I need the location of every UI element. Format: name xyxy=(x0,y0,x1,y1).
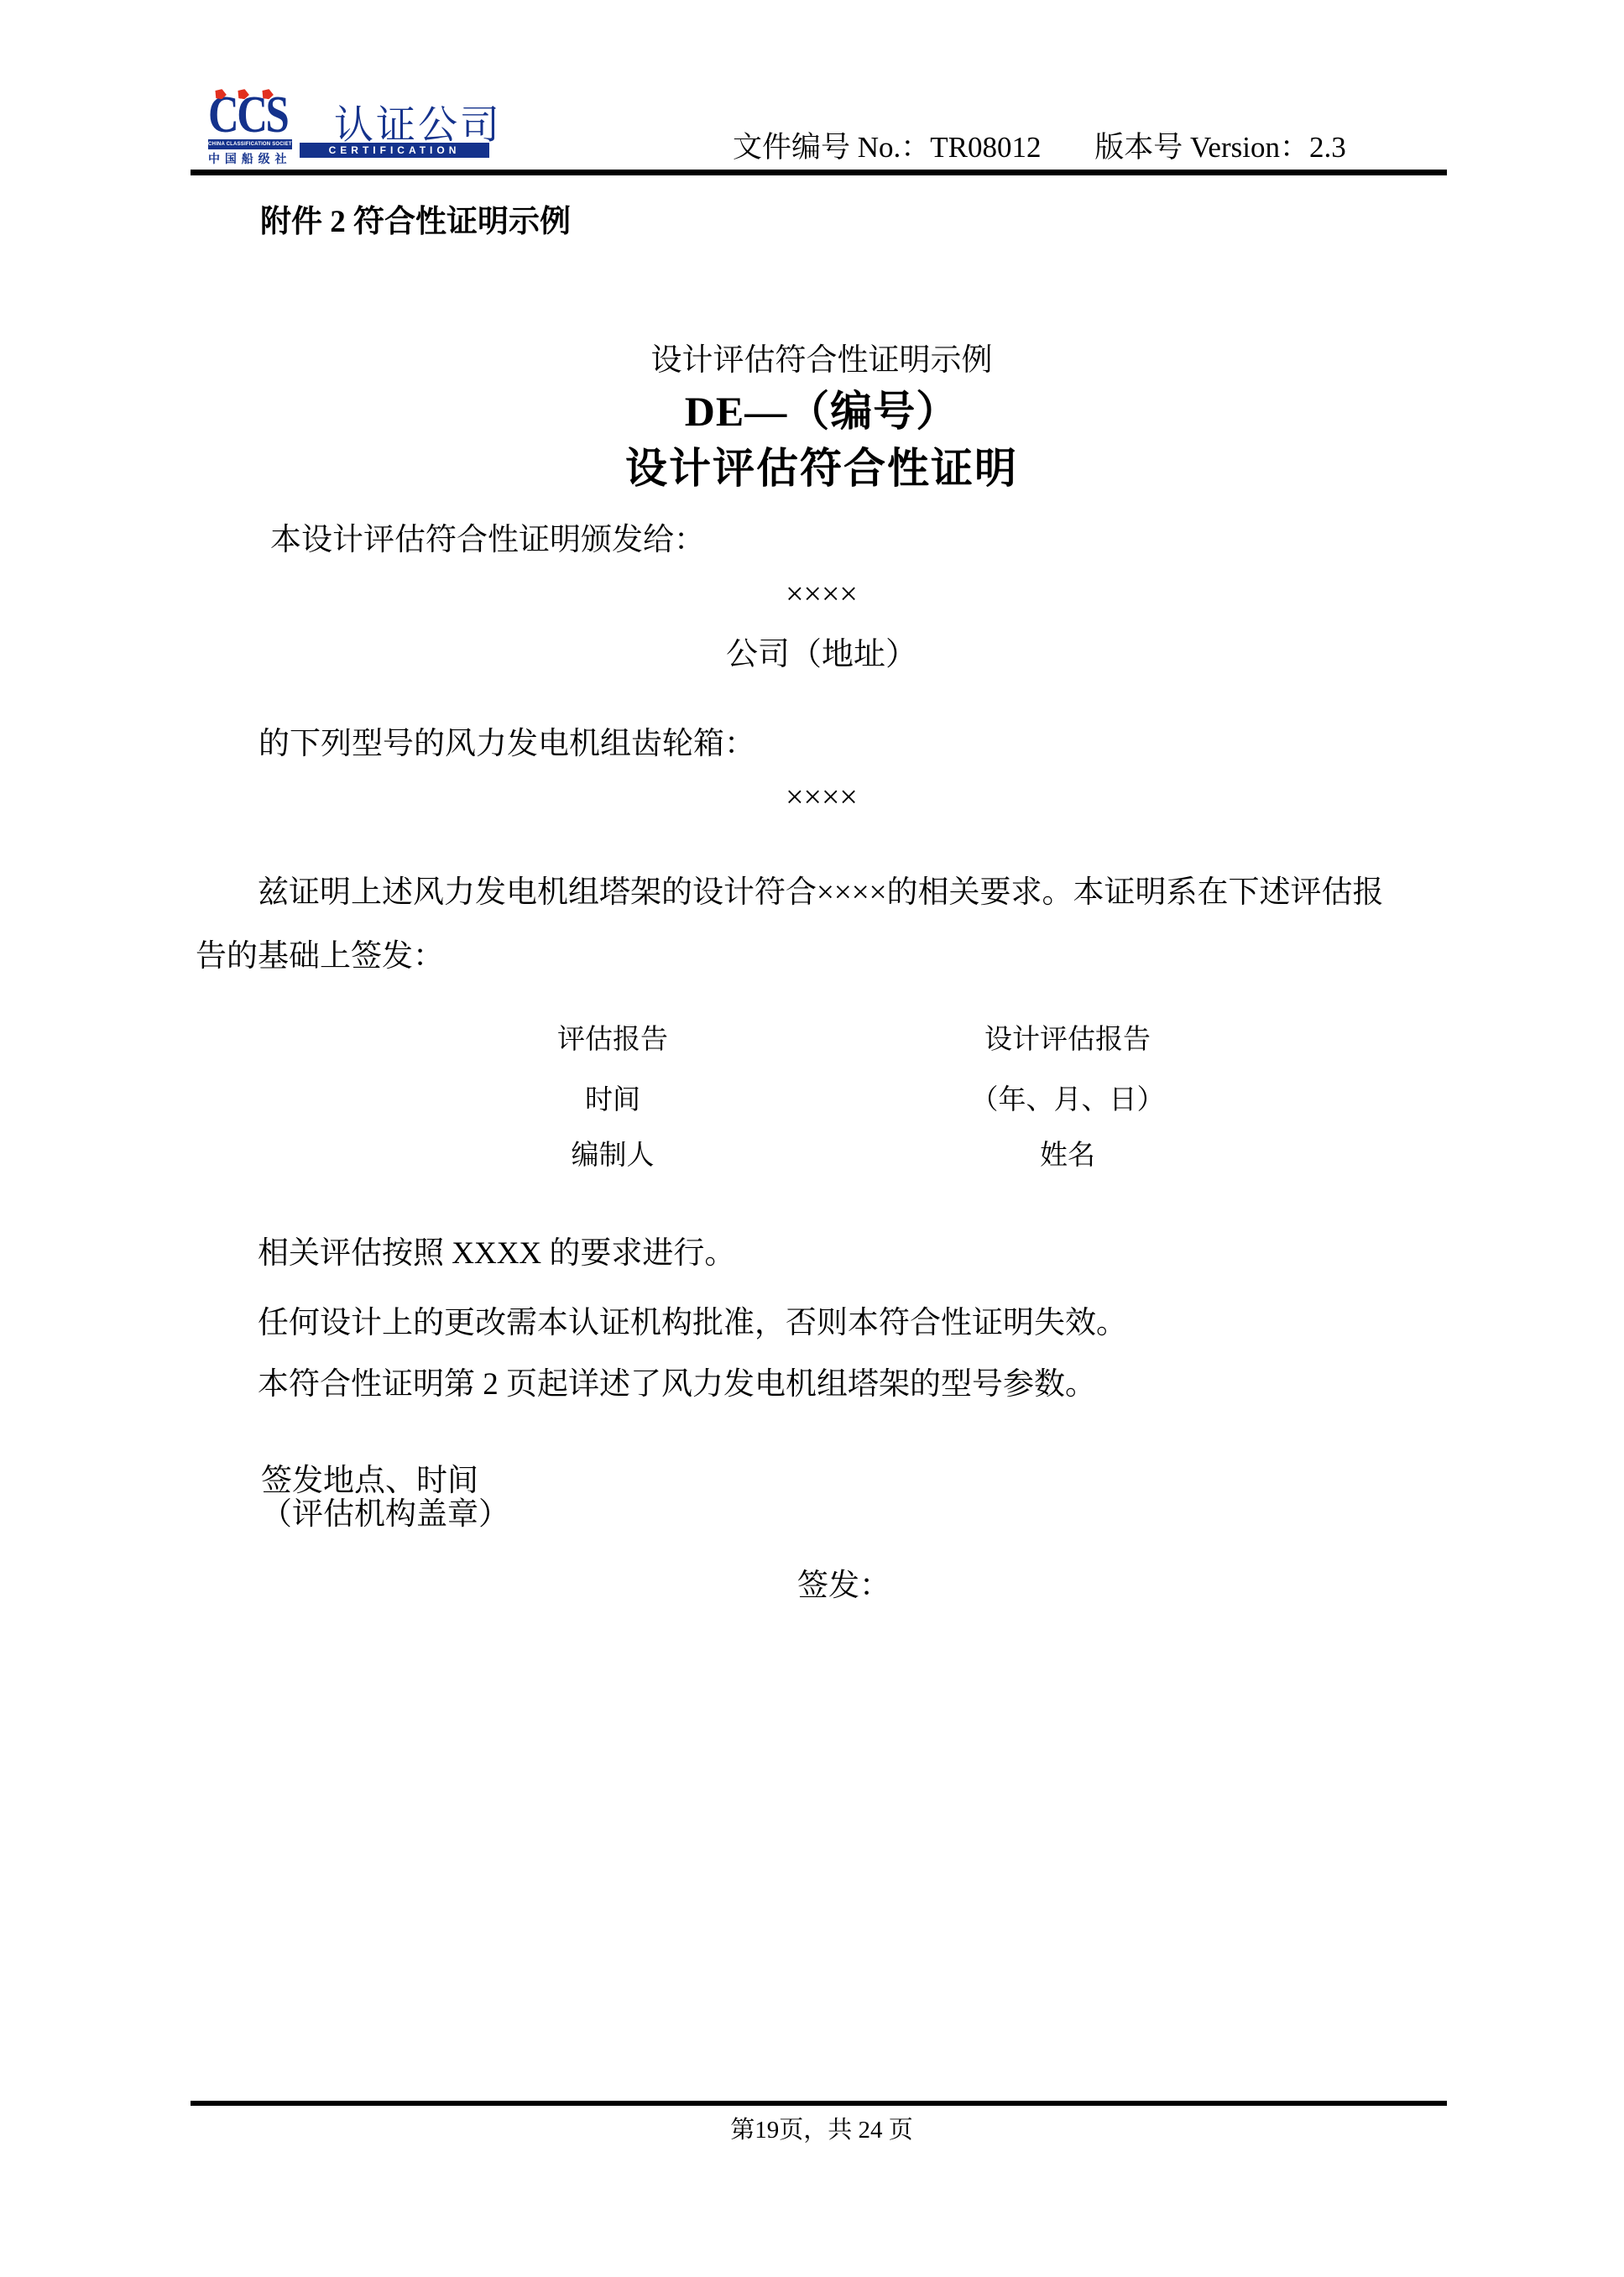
certificate-subtitle: 设计评估符合性证明示例 xyxy=(196,334,1448,379)
statement-line-2: 告的基础上签发： xyxy=(196,930,444,975)
assessment-note: 相关评估按照 XXXX 的要求进行。 xyxy=(196,1227,735,1272)
model-placeholder: ×××× xyxy=(196,779,1448,816)
report-table-cell: （年、月、日） xyxy=(971,1078,1165,1117)
params-note: 本符合性证明第 2 页起详述了风力发电机组塔架的型号参数。 xyxy=(196,1358,1096,1403)
document-page: CCS CHINA CLASSIFICATION SOCIETY 中 国 船 级… xyxy=(0,0,1624,2277)
report-table-cell: 设计评估报告 xyxy=(984,1017,1151,1057)
model-intro: 的下列型号的风力发电机组齿轮箱： xyxy=(258,718,755,763)
page-number: 第19页，共 24 页 xyxy=(196,2111,1448,2145)
statement-line-1: 兹证明上述风力发电机组塔架的设计符合××××的相关要求。本证明系在下述评估报 xyxy=(196,866,1383,911)
report-table-cell: 姓名 xyxy=(1040,1133,1095,1172)
doc-version: 版本号 Version：2.3 xyxy=(1094,131,1345,164)
issued-to-label: 本设计评估符合性证明颁发给： xyxy=(270,514,705,559)
logo-certification-en: CERTIFICATION xyxy=(300,143,489,158)
header-doc-info: 文件编号 No.：TR08012 版本号 Version：2.3 xyxy=(733,124,1346,166)
attachment-title: 附件 2 符合性证明示例 xyxy=(260,196,571,241)
company-suffix: 公司（地址） xyxy=(196,628,1448,674)
logo-society-en: CHINA CLASSIFICATION SOCIETY xyxy=(208,139,292,149)
change-note: 任何设计上的更改需本认证机构批准，否则本符合性证明失效。 xyxy=(196,1297,1127,1342)
ccs-logo: CCS CHINA CLASSIFICATION SOCIETY 中 国 船 级… xyxy=(208,92,493,170)
doc-number: 文件编号 No.：TR08012 xyxy=(733,131,1042,164)
certificate-title: 设计评估符合性证明 xyxy=(196,435,1448,495)
report-table-cell: 时间 xyxy=(585,1078,640,1117)
report-table-cell: 评估报告 xyxy=(557,1017,668,1057)
issue-seal-note: （评估机构盖章） xyxy=(261,1488,509,1533)
logo-company-cn: 认证公司 xyxy=(334,94,502,150)
sign-label: 签发： xyxy=(797,1559,890,1605)
footer-rule xyxy=(191,2101,1447,2106)
report-table-cell: 编制人 xyxy=(572,1133,655,1172)
company-placeholder: ×××× xyxy=(196,576,1448,613)
header-rule xyxy=(191,170,1447,175)
logo-society-cn: 中 国 船 级 社 xyxy=(208,150,294,167)
certificate-number-line: DE—（编号） xyxy=(196,378,1448,438)
